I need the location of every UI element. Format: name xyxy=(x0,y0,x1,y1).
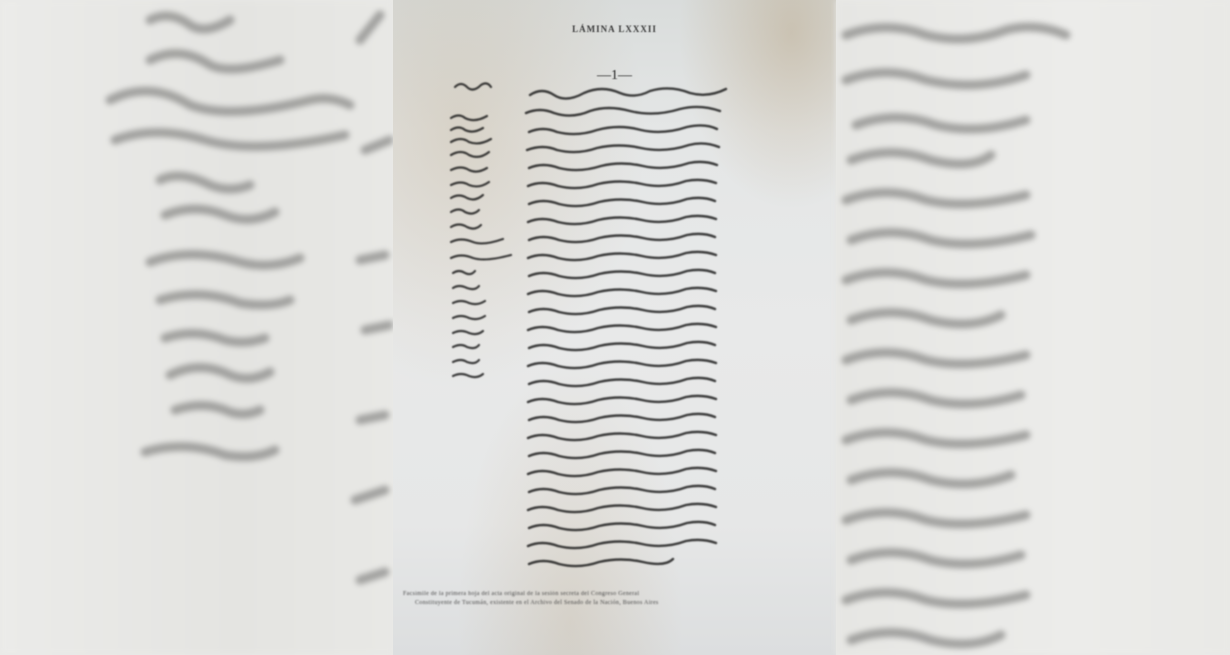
body-text-lines xyxy=(526,88,726,566)
blurred-handwriting-right xyxy=(836,0,1230,655)
blurred-handwriting-left xyxy=(0,0,393,655)
plate-caption: Facsímile de la primera hoja del acta or… xyxy=(403,590,823,608)
blurred-background-right xyxy=(836,0,1230,655)
blurred-background-left xyxy=(0,0,393,655)
handwritten-text xyxy=(393,0,836,655)
caption-line-2: Constituyente de Tucumán, existente en e… xyxy=(403,599,823,608)
marginal-names xyxy=(451,83,511,377)
caption-line-1: Facsímile de la primera hoja del acta or… xyxy=(403,590,823,599)
manuscript-page: LÁMINA LXXXII —1— xyxy=(393,0,836,655)
